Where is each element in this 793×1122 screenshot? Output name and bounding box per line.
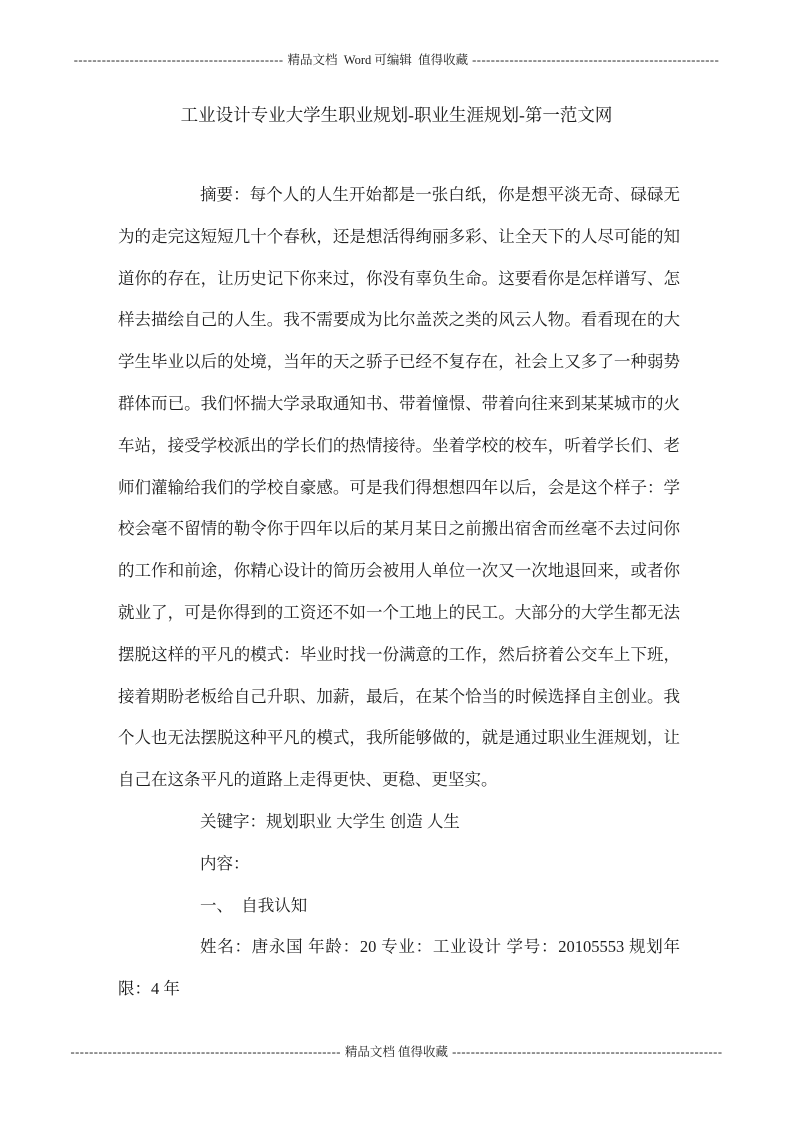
- abstract-paragraph: 摘要：每个人的人生开始都是一张白纸，你是想平淡无奇、碌碌无为的走完这短短几十个春…: [118, 174, 680, 801]
- content-label: 内容：: [118, 843, 680, 885]
- document-title: 工业设计专业大学生职业规划-职业生涯规划-第一范文网: [0, 102, 793, 128]
- header-watermark-text: 精品文档 Word 可编辑 值得收藏: [284, 53, 473, 67]
- document-body: 摘要：每个人的人生开始都是一张白纸，你是想平淡无奇、碌碌无为的走完这短短几十个春…: [118, 174, 680, 1010]
- footer-rule: ----------------------------------------…: [0, 1044, 793, 1060]
- section-1-heading: 一、 自我认知: [118, 885, 680, 927]
- profile-line: 姓名：唐永国 年龄：20 专业：工业设计 学号：20105553 规划年限：4 …: [118, 926, 680, 1010]
- header-dashes-left: ----------------------------------------…: [74, 53, 284, 67]
- keywords-line: 关键字：规划职业 大学生 创造 人生: [118, 801, 680, 843]
- document-page: ----------------------------------------…: [0, 0, 793, 1122]
- footer-watermark-text: 精品文档 值得收藏: [341, 1045, 452, 1059]
- header-rule: ----------------------------------------…: [0, 52, 793, 68]
- footer-dashes-right: ----------------------------------------…: [452, 1045, 722, 1059]
- footer-dashes-left: ----------------------------------------…: [70, 1045, 340, 1059]
- header-dashes-right: ----------------------------------------…: [472, 53, 719, 67]
